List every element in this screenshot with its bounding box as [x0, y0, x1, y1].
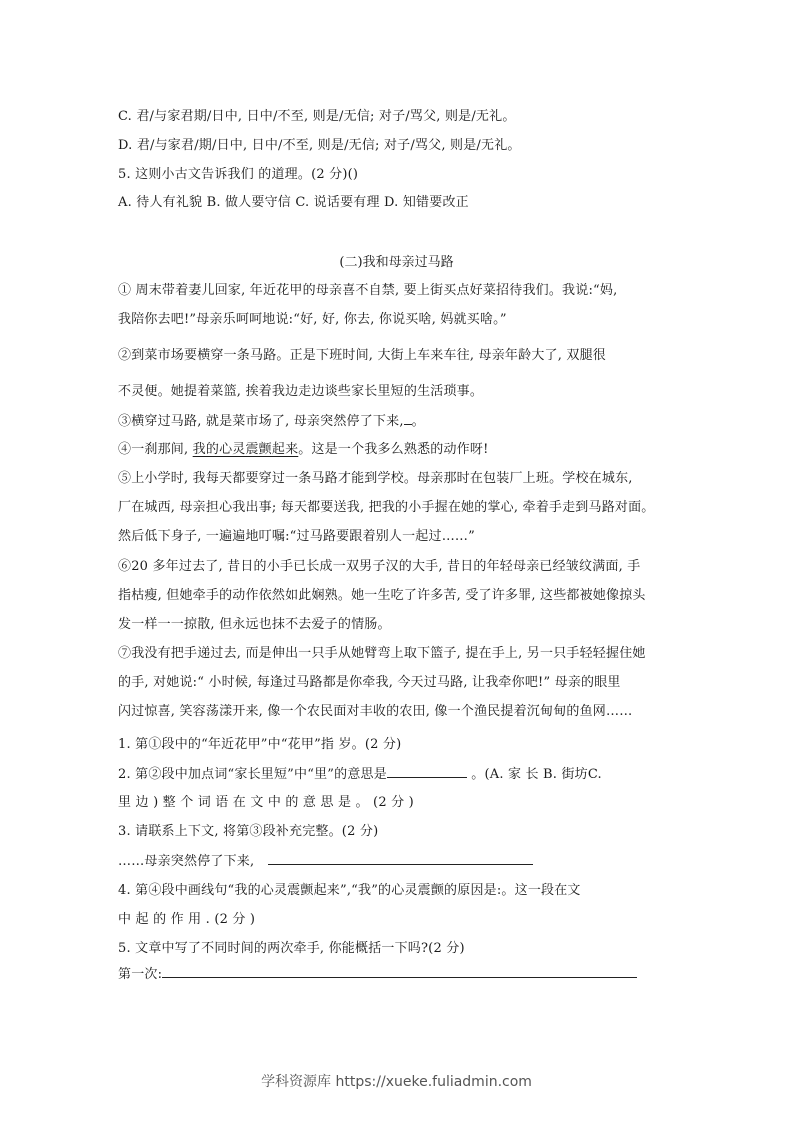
watermark-footer: 学科资源库 https://xueke.fuliadmin.com — [0, 1071, 793, 1091]
paragraph-4: ④一刹那间, 我的心灵震颤起来。这是一个我多么熟悉的动作呀! — [118, 441, 489, 459]
question-4-line-1: 4. 第④段中画线句“我的心灵震颤起来”,“我”的心灵震颤的原因是:。这一段在文 — [118, 882, 581, 900]
paragraph-4-underlined-sentence: 我的心灵震颤起来 — [193, 442, 299, 457]
paragraph-5-line-3: 然后低下身子, 一遍遍地叮嘱:“过马路要跟着别人一起过……” — [118, 528, 475, 546]
question-5-first-row: 第一次: — [118, 965, 637, 984]
paragraph-1-line-2: 我陪你去吧!”母亲乐呵呵地说:“好, 好, 你去, 你说买啥, 妈就买啥。” — [118, 311, 507, 329]
question-5-first-label: 第一次: — [118, 967, 162, 982]
question-5-prev: 5. 这则小古文告诉我们 的道理。(2 分)() — [118, 166, 358, 184]
passage-title: (二)我和母亲过马路 — [0, 254, 793, 272]
paragraph-2-line-2: 不灵便。她提着菜篮, 挨着我边走边谈些家长里短的生活琐事。 — [118, 383, 483, 401]
paragraph-6-line-1: ⑥20 多年过去了, 昔日的小手已长成一双男子汉的大手, 昔日的年轻母亲已经皱纹… — [118, 558, 640, 576]
paragraph-6-line-3: 发一样一一掠散, 但永远也抹不去爱子的情肠。 — [118, 616, 391, 634]
paragraph-5-line-1: ⑤上小学时, 我每天都要穿过一条马路才能到学校。母亲那时在包装厂上班。学校在城东… — [118, 470, 633, 488]
question-5-options: A. 待人有礼貌 B. 做人要守信 C. 说话要有理 D. 知错要改正 — [118, 194, 469, 212]
question-2-text: 2. 第②段中加点词“家长里短”中“里”的意思是 — [118, 767, 387, 782]
question-2-line-1: 2. 第②段中加点词“家长里短”中“里”的意思是 。(A. 家 长 B. 街坊C… — [118, 765, 602, 784]
question-3-prompt: ……母亲突然停了下来, — [118, 854, 254, 869]
paragraph-3-text: ③横穿过马路, 就是菜市场了, 母亲突然停了下来, — [118, 414, 404, 429]
question-2-line-2: 里 边 ) 整 个 词 语 在 文 中 的 意 思 是 。 (2 分 ) — [118, 794, 414, 812]
paragraph-4-end: 。这是一个我多么熟悉的动作呀! — [298, 442, 488, 457]
option-d: D. 君/与家君/期/日中, 日中/不至, 则是/无信; 对子/骂父, 则是/无… — [118, 137, 521, 155]
paragraph-2-line-1: ②到菜市场要横穿一条马路。正是下班时间, 大街上车来车往, 母亲年龄大了, 双腿… — [118, 347, 606, 365]
question-4-line-2: 中 起 的 作 用 . (2 分 ) — [118, 911, 255, 929]
option-c: C. 君/与家君期/日中, 日中/不至, 则是/无信; 对子/骂父, 则是/无礼… — [118, 108, 516, 126]
question-3-answer-blank[interactable] — [268, 852, 533, 865]
question-3-answer-row: ……母亲突然停了下来, — [118, 852, 533, 871]
paragraph-5-line-2: 厂在城西, 母亲担心我出事; 每天都要送我, 把我的小手握在她的掌心, 牵着手走… — [118, 499, 655, 517]
question-3: 3. 请联系上下文, 将第③段补充完整。(2 分) — [118, 823, 378, 841]
paragraph-7-line-3: 闪过惊喜, 笑容荡漾开来, 像一个农民面对丰收的农田, 像一个渔民提着沉甸甸的鱼… — [118, 703, 632, 721]
paragraph-7-line-2: 的手, 对她说:“ 小时候, 每逢过马路都是你牵我, 今天过马路, 让我牵你吧!… — [118, 674, 621, 692]
paragraph-4-start: ④一刹那间, — [118, 442, 193, 457]
question-1: 1. 第①段中的“年近花甲”中“花甲”指 岁。(2 分) — [118, 736, 401, 754]
paragraph-6-line-2: 指枯瘦, 但她牵手的动作依然如此娴熟。她一生吃了许多苦, 受了许多罪, 这些都被… — [118, 587, 646, 605]
question-2-answer-blank[interactable] — [387, 765, 467, 778]
paragraph-3-blank[interactable] — [404, 412, 412, 425]
paragraph-3-end: 。 — [412, 414, 425, 429]
question-2-options: 。(A. 家 长 B. 街坊C. — [467, 767, 602, 782]
paragraph-3: ③横穿过马路, 就是菜市场了, 母亲突然停了下来,。 — [118, 412, 425, 431]
paragraph-7-line-1: ⑦我没有把手递过去, 而是伸出一只手从她臂弯上取下篮子, 提在手上, 另一只手轻… — [118, 645, 646, 663]
paragraph-1-line-1: ① 周末带着妻儿回家, 年近花甲的母亲喜不自禁, 要上街买点好菜招待我们。我说:… — [118, 282, 617, 300]
question-5: 5. 文章中写了不同时间的两次牵手, 你能概括一下吗?(2 分) — [118, 940, 465, 958]
question-5-first-blank[interactable] — [162, 965, 637, 978]
